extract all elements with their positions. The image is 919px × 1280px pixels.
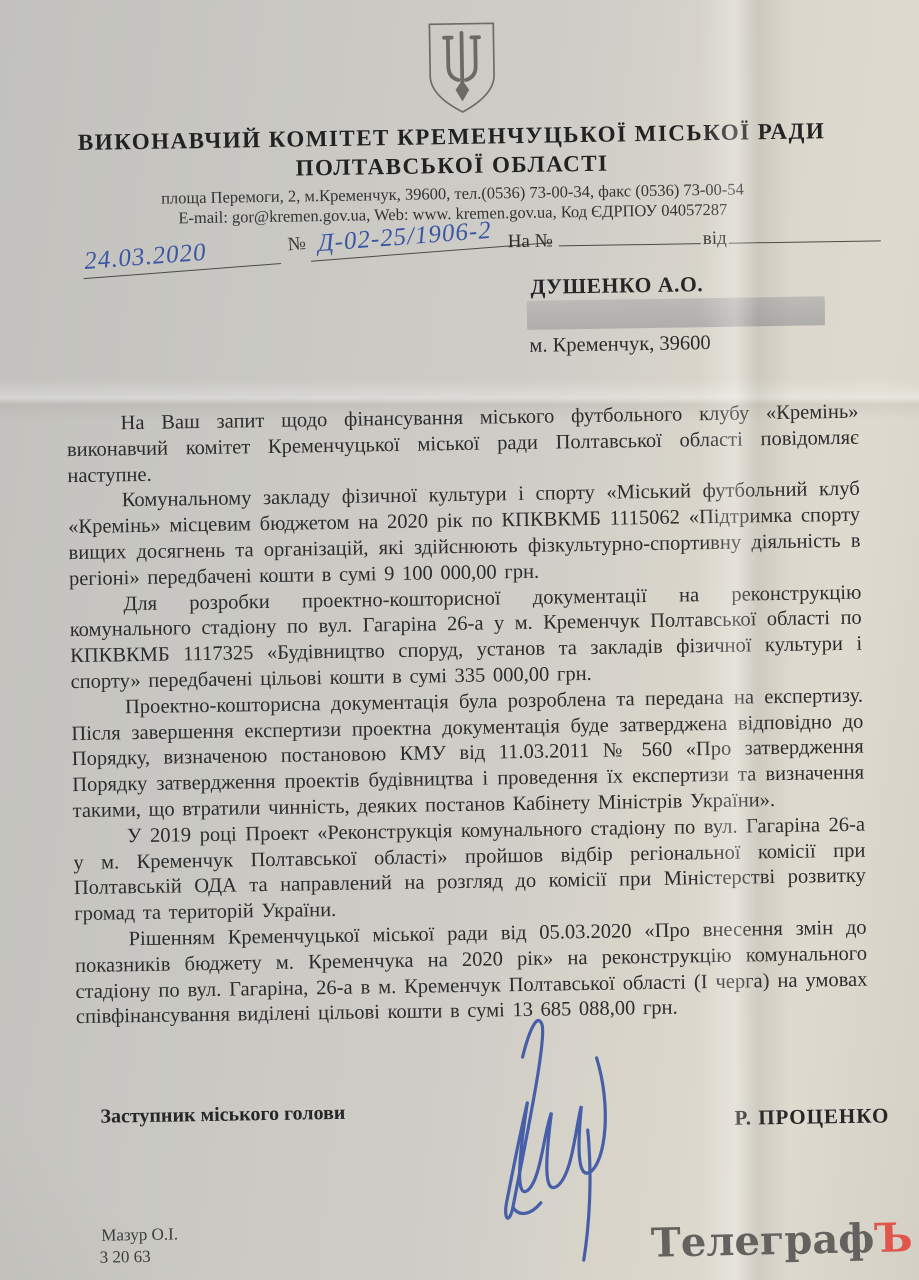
signature-ink [426, 1009, 640, 1264]
letter-page: ВИКОНАВЧИЙ КОМІТЕТ КРЕМЕНЧУЦЬКОЇ МІСЬКОЇ… [0, 0, 919, 1280]
reply-reference-blanks: На №від [508, 224, 881, 253]
paragraph: На Ваш запит щодо фінансування міського … [66, 400, 859, 490]
letter-photo: ВИКОНАВЧИЙ КОМІТЕТ КРЕМЕНЧУЦЬКОЇ МІСЬКОЇ… [0, 0, 919, 1280]
signer-position: Заступник міського голови [100, 1102, 345, 1129]
ukraine-trident-emblem [423, 19, 500, 116]
reply-number-blank [559, 227, 701, 246]
number-sign-label: № [287, 233, 307, 255]
recipient-city: м. Кременчук, 39600 [529, 332, 711, 358]
paragraph: Для розробки проектно-кошторисної докуме… [69, 580, 863, 696]
signer-name: Р. ПРОЦЕНКО [734, 1103, 889, 1130]
reply-date-blank [729, 224, 881, 243]
telegraf-watermark: ТелеграфЪ [651, 1214, 914, 1266]
executor-name: Мазур О.І. [101, 1224, 178, 1245]
watermark-text-gray: Телеграф [651, 1215, 875, 1267]
handwritten-date: 24.03.2020 [81, 233, 281, 279]
paragraph: У 2019 році Проект «Реконструкція комуна… [73, 812, 867, 928]
paragraph: Проектно-кошторисна документація була ро… [71, 683, 865, 824]
reply-to-label: На № [508, 230, 553, 252]
reply-from-label: від [703, 228, 727, 249]
recipient-name: ДУШЕНКО А.О. [530, 272, 703, 300]
executor-phone: 3 20 63 [100, 1247, 151, 1268]
letter-body: На Ваш запит щодо фінансування міського … [66, 400, 868, 1031]
redacted-address-box [527, 296, 825, 330]
watermark-text-red: Ъ [874, 1214, 913, 1262]
paragraph: Комунальному закладу фізичної культури і… [68, 477, 862, 593]
